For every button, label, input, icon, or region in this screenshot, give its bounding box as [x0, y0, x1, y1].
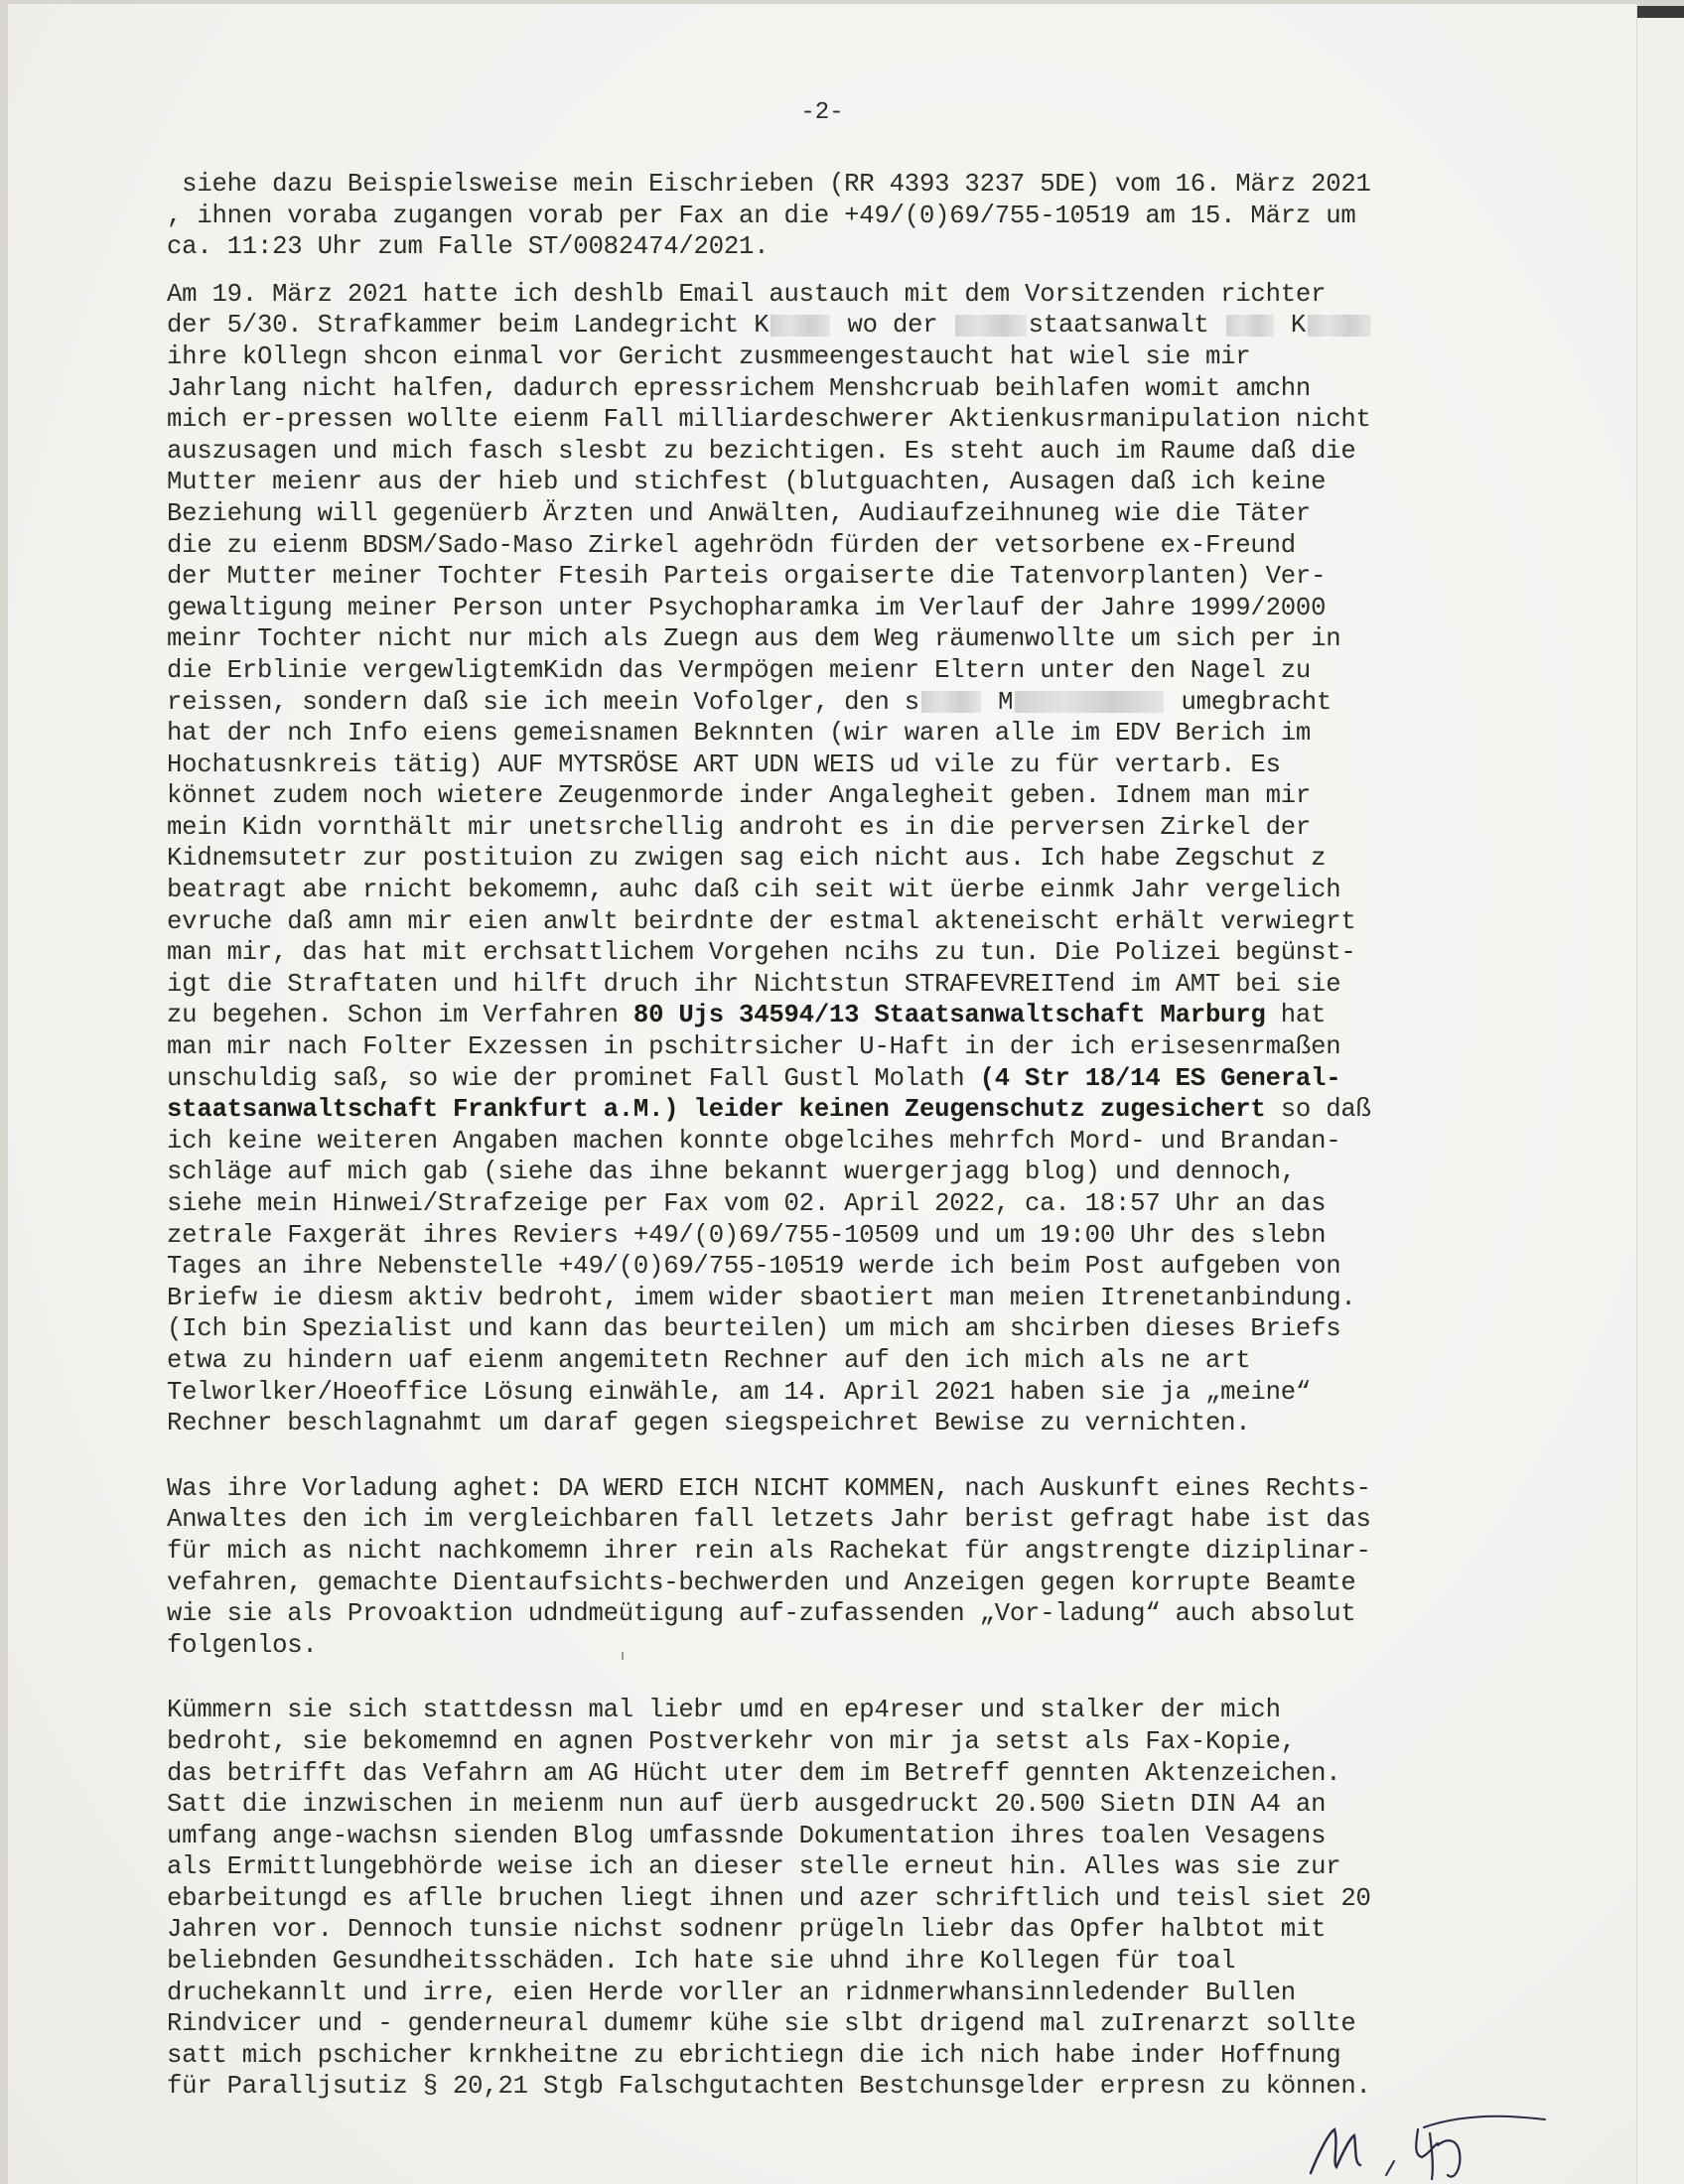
text-line: als Ermittlungebhörde weise ich an diese…	[167, 1851, 1557, 1883]
redacted-text	[921, 691, 981, 713]
text-line: Jahren vor. Dennoch tunsie nichst sodnen…	[167, 1914, 1557, 1946]
text-line: Was ihre Vorladung aghet: DA WERD EICH N…	[167, 1473, 1557, 1505]
text-line: bedroht, sie bekomemnd en agnen Postverk…	[167, 1726, 1557, 1758]
text-line: der Mutter meiner Tochter Ftesih Parteis…	[167, 561, 1557, 593]
redacted-text	[771, 315, 830, 337]
text-line: folgenlos.	[167, 1630, 1557, 1662]
text-line: die Erblinie vergewligtemKidn das Vermpö…	[167, 655, 1557, 687]
redacted-text	[1308, 315, 1371, 337]
text-line: siehe dazu Beispielsweise mein Eischrieb…	[167, 169, 1557, 201]
text-line: Telworlker/Hoeoffice Lösung einwähle, am…	[167, 1377, 1557, 1409]
text-line: meinr Tochter nicht nur mich als Zuegn a…	[167, 623, 1557, 655]
text-line: man mir nach Folter Exzessen in pschitrs…	[167, 1031, 1557, 1063]
text-line: gewaltigung meiner Person unter Psychoph…	[167, 593, 1557, 624]
scan-artifact	[622, 1652, 624, 1660]
text-line: die zu eienm BDSM/Sado-Maso Zirkel agehr…	[167, 530, 1557, 562]
text-line: vefahren, gemachte Dientaufsichts-bechwe…	[167, 1568, 1557, 1599]
text-line: der 5/30. Strafkammer beim Landegricht K…	[167, 310, 1557, 341]
text-line: Hochatusnkreis tätig) AUF MYTSRÖSE ART U…	[167, 750, 1557, 781]
text-line: ihre kOllegn shcon einmal vor Gericht zu…	[167, 341, 1557, 373]
text-line: staatsanwaltschaft Frankfurt a.M.) leide…	[167, 1094, 1557, 1126]
text-line: satt mich pschicher krnkheitne zu ebrich…	[167, 2040, 1557, 2072]
page-number: -2-	[8, 99, 1636, 126]
text-line: beliebnden Gesundheitsschäden. Ich hate …	[167, 1946, 1557, 1978]
letter-body: siehe dazu Beispielsweise mein Eischrieb…	[167, 169, 1557, 2136]
next-page-edge	[1636, 6, 1684, 2184]
handwritten-signature-icon	[1299, 2094, 1557, 2183]
text-line: Tages an ihre Nebenstelle +49/(0)69/755-…	[167, 1251, 1557, 1283]
scan-edge-shadow	[1628, 6, 1684, 18]
text-line: , ihnen voraba zugangen vorab per Fax an…	[167, 201, 1557, 232]
text-line: zu begehen. Schon im Verfahren 80 Ujs 34…	[167, 1000, 1557, 1031]
text-line: ich keine weiteren Angaben machen konnte…	[167, 1126, 1557, 1158]
text-line: ebarbeitungd es aflle bruchen liegt ihne…	[167, 1883, 1557, 1915]
text-line: Rechner beschlagnahmt um daraf gegen sie…	[167, 1408, 1557, 1439]
document-page: -2- siehe dazu Beispielsweise mein Eisch…	[8, 4, 1636, 2184]
text-line: evruche daß amn mir eien anwlt beirdnte …	[167, 906, 1557, 938]
text-line: umfang ange-wachsn sienden Blog umfassnd…	[167, 1821, 1557, 1852]
redacted-text	[1226, 315, 1274, 337]
text-line: auszusagen und mich fasch slesbt zu bezi…	[167, 436, 1557, 468]
bold-reference: 80 Ujs 34594/13 Staatsanwaltschaft Marbu…	[633, 1001, 1266, 1029]
text-line: könnet zudem noch wietere Zeugenmorde in…	[167, 780, 1557, 812]
text-line: unschuldig saß, so wie der prominet Fall…	[167, 1063, 1557, 1095]
text-line: Kümmern sie sich stattdessn mal liebr um…	[167, 1695, 1557, 1726]
bold-reference: staatsanwaltschaft Frankfurt a.M.) leide…	[167, 1095, 1266, 1124]
text-line: Mutter meienr aus der hieb und stichfest…	[167, 467, 1557, 498]
text-line: igt die Straftaten und hilft druch ihr N…	[167, 969, 1557, 1001]
text-line: Anwaltes den ich im vergleichbaren fall …	[167, 1504, 1557, 1536]
text-line: etwa zu hindern uaf eienm angemitetn Rec…	[167, 1345, 1557, 1377]
text-line: siehe mein Hinwei/Strafzeige per Fax vom…	[167, 1188, 1557, 1220]
paragraph: siehe dazu Beispielsweise mein Eischrieb…	[167, 169, 1557, 263]
paragraph: Kümmern sie sich stattdessn mal liebr um…	[167, 1695, 1557, 2103]
text-line: Jahrlang nicht halfen, dadurch epressric…	[167, 373, 1557, 405]
bold-reference: (4 Str 18/14 ES General-	[980, 1064, 1341, 1093]
text-line: druchekannlt und irre, eien Herde vorlle…	[167, 1978, 1557, 2009]
text-line: ca. 11:23 Uhr zum Falle ST/0082474/2021.	[167, 231, 1557, 263]
text-line: mein Kidn vornthält mir unetsrchellig an…	[167, 812, 1557, 844]
text-line: reissen, sondern daß sie ich meein Vofol…	[167, 687, 1557, 719]
text-line: beatragt abe rnicht bekomemn, auhc daß c…	[167, 875, 1557, 906]
text-line: Satt die inzwischen in meienm nun auf üe…	[167, 1789, 1557, 1821]
text-line: Rindvicer und - genderneural dumemr kühe…	[167, 2008, 1557, 2040]
paragraph: Am 19. März 2021 hatte ich deshlb Email …	[167, 279, 1557, 1439]
paragraph: Was ihre Vorladung aghet: DA WERD EICH N…	[167, 1473, 1557, 1662]
redacted-text	[1015, 691, 1164, 713]
redacted-text	[955, 315, 1027, 337]
text-line: man mir, das hat mit erchsattlichem Vorg…	[167, 937, 1557, 969]
text-line: für mich as nicht nachkomemn ihrer rein …	[167, 1536, 1557, 1568]
text-line: (Ich bin Spezialist und kann das beurtei…	[167, 1313, 1557, 1345]
text-line: schläge auf mich gab (siehe das ihne bek…	[167, 1157, 1557, 1188]
text-line: mich er-pressen wollte eienm Fall millia…	[167, 404, 1557, 436]
text-line: hat der nch Info eiens gemeisnamen Beknn…	[167, 718, 1557, 750]
text-line: wie sie als Provoaktion udndmeütigung au…	[167, 1598, 1557, 1630]
text-line: Kidnemsutetr zur postituion zu zwigen sa…	[167, 843, 1557, 875]
text-line: Am 19. März 2021 hatte ich deshlb Email …	[167, 279, 1557, 311]
text-line: Briefw ie diesm aktiv bedroht, imem wide…	[167, 1283, 1557, 1314]
text-line: Beziehung will gegenüerb Ärzten und Anwä…	[167, 498, 1557, 530]
text-line: das betrifft das Vefahrn am AG Hücht ute…	[167, 1758, 1557, 1790]
text-line: zetrale Faxgerät ihres Reviers +49/(0)69…	[167, 1220, 1557, 1252]
